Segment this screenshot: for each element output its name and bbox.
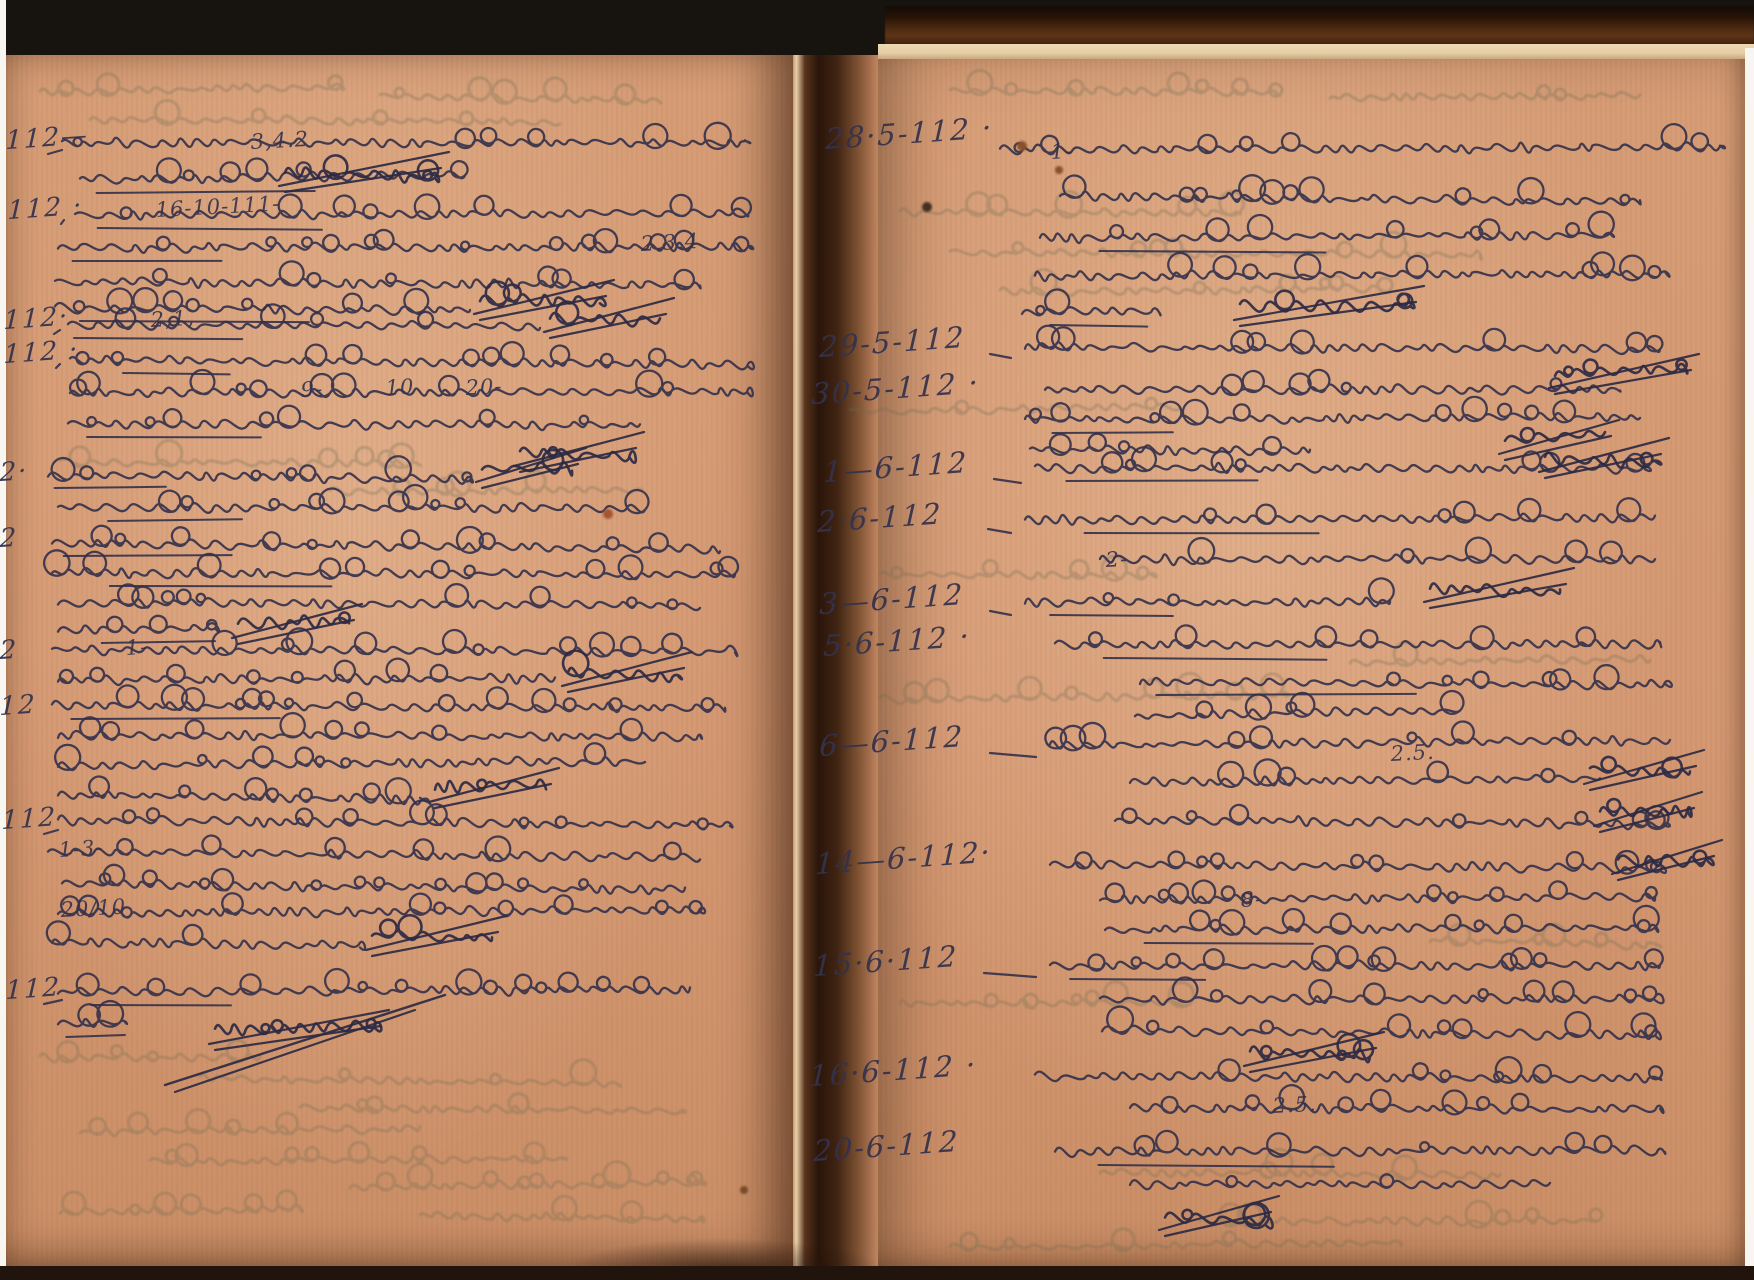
right-page bbox=[840, 55, 1745, 1268]
notebook-scan: 112—112 ·112·112 ·2·22121121123,4.216-10… bbox=[0, 0, 1754, 1280]
entry-date: 112 · bbox=[3, 335, 80, 370]
entry-date: 2· bbox=[0, 456, 29, 488]
legible-numeral-fragment: 2.3.4 bbox=[640, 229, 700, 256]
entry-date: 112— bbox=[5, 120, 89, 156]
book-cover-edge bbox=[885, 6, 1754, 46]
entry-date: 112 · bbox=[7, 191, 84, 226]
legible-numeral-fragment: 2- bbox=[1105, 547, 1129, 572]
legible-numeral-fragment: 1-3- bbox=[58, 836, 104, 862]
paper-stain bbox=[603, 509, 613, 519]
paper-stain bbox=[740, 1186, 748, 1194]
legible-numeral-fragment: 20/10 bbox=[60, 895, 127, 922]
paper-stain bbox=[1055, 166, 1063, 174]
legible-numeral-fragment: 8- bbox=[1240, 887, 1264, 912]
legible-numeral-fragment: 20- bbox=[465, 374, 503, 400]
legible-numeral-fragment: 10 bbox=[385, 374, 415, 399]
paper-stain bbox=[922, 202, 932, 212]
legible-numeral-fragment: 2.5. bbox=[1390, 740, 1435, 766]
entry-date: 112 bbox=[5, 972, 62, 1006]
legible-numeral-fragment: 1- bbox=[1050, 139, 1074, 164]
page-stack-edge bbox=[878, 44, 1754, 59]
legible-numeral-fragment: 2.5. bbox=[1272, 1092, 1317, 1118]
scan-edge-right bbox=[1745, 48, 1754, 1280]
paper-stain bbox=[1017, 141, 1027, 151]
entry-date: 112 bbox=[1, 802, 58, 836]
entry-date: 112· bbox=[3, 301, 70, 336]
legible-numeral-fragment: 9- bbox=[300, 377, 324, 402]
entry-date: 12 bbox=[0, 689, 37, 722]
legible-numeral-fragment: 3,4.2 bbox=[250, 127, 310, 154]
legible-numeral-fragment: 1- bbox=[125, 635, 149, 660]
entry-date: 2 bbox=[0, 635, 19, 666]
scanner-bottom-band bbox=[0, 1266, 1754, 1280]
entry-date: 2 bbox=[0, 523, 19, 554]
legible-numeral-fragment: 2,1, bbox=[150, 306, 195, 332]
